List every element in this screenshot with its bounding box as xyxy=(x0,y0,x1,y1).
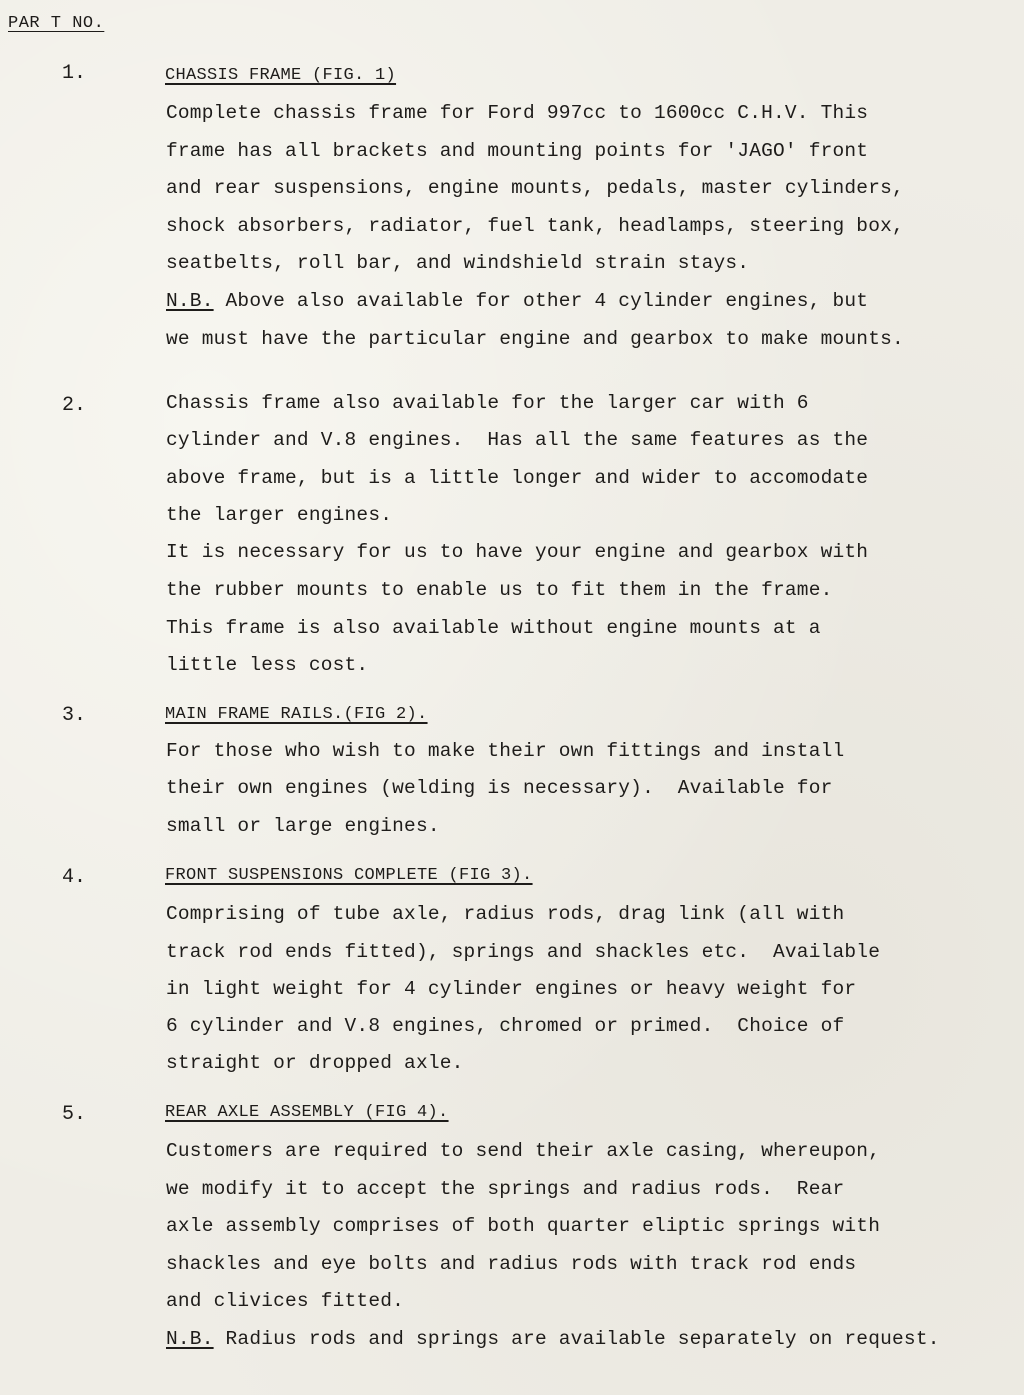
item-text-line: track rod ends fitted), springs and shac… xyxy=(166,941,880,963)
item-text-line: small or large engines. xyxy=(166,815,440,837)
item-text-line: cylinder and V.8 engines. Has all the sa… xyxy=(166,429,868,451)
typed-document-page: PAR T NO. 1. CHASSIS FRAME (FIG. 1) Comp… xyxy=(0,0,1024,1395)
item-title: CHASSIS FRAME (FIG. 1) xyxy=(165,66,396,85)
item-text-line: Customers are required to send their axl… xyxy=(166,1140,880,1162)
item-number: 5. xyxy=(62,1103,86,1126)
item-text-line: and clivices fitted. xyxy=(166,1290,404,1312)
item-text-line: little less cost. xyxy=(166,654,368,676)
item-text-line: It is necessary for us to have your engi… xyxy=(166,541,868,563)
item-text-line: 6 cylinder and V.8 engines, chromed or p… xyxy=(166,1015,844,1037)
item-text-line: Chassis frame also available for the lar… xyxy=(166,392,809,414)
item-number: 4. xyxy=(62,866,86,889)
nb-text-line: we must have the particular engine and g… xyxy=(166,328,904,350)
item-number: 1. xyxy=(62,62,86,85)
item-number: 2. xyxy=(62,394,86,417)
item-text-line: frame has all brackets and mounting poin… xyxy=(166,140,868,162)
item-title: FRONT SUSPENSIONS COMPLETE (FIG 3). xyxy=(165,866,533,885)
item-number: 3. xyxy=(62,704,86,727)
nb-text: Above also available for other 4 cylinde… xyxy=(214,290,869,312)
item-text-line: axle assembly comprises of both quarter … xyxy=(166,1215,880,1237)
paper-show-through-texture xyxy=(934,0,1024,1395)
item-text-line: and rear suspensions, engine mounts, ped… xyxy=(166,177,904,199)
nb-text: Radius rods and springs are available se… xyxy=(214,1328,940,1350)
item-text-line: their own engines (welding is necessary)… xyxy=(166,777,833,799)
item-text-line: Complete chassis frame for Ford 997cc to… xyxy=(166,102,868,124)
item-text-line: the rubber mounts to enable us to fit th… xyxy=(166,579,833,601)
item-title: REAR AXLE ASSEMBLY (FIG 4). xyxy=(165,1103,449,1122)
nb-label: N.B. xyxy=(166,290,214,312)
item-text-line: seatbelts, roll bar, and windshield stra… xyxy=(166,252,749,274)
item-text-line: shock absorbers, radiator, fuel tank, he… xyxy=(166,215,904,237)
item-text-line: This frame is also available without eng… xyxy=(166,617,821,639)
nb-note: N.B. Radius rods and springs are availab… xyxy=(166,1328,940,1350)
item-text-line: in light weight for 4 cylinder engines o… xyxy=(166,978,856,1000)
part-no-heading: PAR T NO. xyxy=(8,14,104,33)
item-text-line: we modify it to accept the springs and r… xyxy=(166,1178,844,1200)
item-title: MAIN FRAME RAILS.(FIG 2). xyxy=(165,705,428,724)
item-text-line: straight or dropped axle. xyxy=(166,1052,464,1074)
item-text-line: above frame, but is a little longer and … xyxy=(166,467,868,489)
item-text-line: Comprising of tube axle, radius rods, dr… xyxy=(166,903,844,925)
item-text-line: For those who wish to make their own fit… xyxy=(166,740,844,762)
item-text-line: the larger engines. xyxy=(166,504,392,526)
item-text-line: shackles and eye bolts and radius rods w… xyxy=(166,1253,856,1275)
nb-label: N.B. xyxy=(166,1328,214,1350)
nb-note: N.B. Above also available for other 4 cy… xyxy=(166,290,868,312)
